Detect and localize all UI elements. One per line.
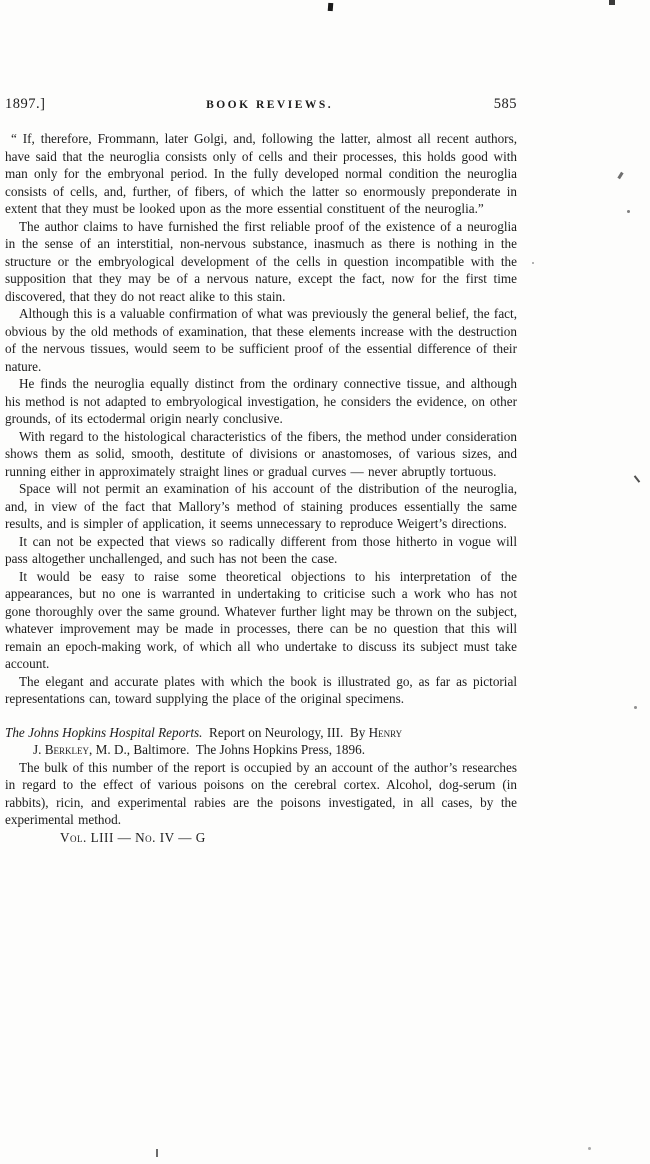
paragraph: With regard to the histological characte… xyxy=(5,428,517,481)
paragraph: It would be easy to raise some theoretic… xyxy=(5,568,517,673)
paragraph: Space will not permit an examination of … xyxy=(5,480,517,533)
scan-speck xyxy=(328,3,334,11)
paragraph: The bulk of this number of the report is… xyxy=(5,759,517,829)
citation-publisher: , M. D., Baltimore. The Johns Hopkins Pr… xyxy=(89,742,365,757)
book-citation: The Johns Hopkins Hospital Reports. Repo… xyxy=(5,724,517,759)
paragraph: It can not be expected that views so rad… xyxy=(5,533,517,568)
citation-line-2: J. Berkley, M. D., Baltimore. The Johns … xyxy=(5,741,517,759)
scan-speck xyxy=(532,262,534,264)
paragraph: He finds the neuroglia equally distinct … xyxy=(5,375,517,428)
scan-speck xyxy=(156,1149,158,1157)
scan-speck xyxy=(588,1147,591,1150)
scan-speck xyxy=(617,172,623,180)
page-number: 585 xyxy=(494,96,517,113)
running-title: BOOK REVIEWS. xyxy=(206,99,333,111)
paragraph: “ If, therefore, Frommann, later Golgi, … xyxy=(5,130,517,218)
scanned-book-page: 1897.] BOOK REVIEWS. 585 “ If, therefore… xyxy=(0,0,650,1164)
citation-author-first: Henry xyxy=(369,725,403,740)
scan-speck xyxy=(627,210,630,213)
paragraph: Although this is a valuable confirmation… xyxy=(5,305,517,375)
scan-speck xyxy=(634,475,641,483)
paragraph: The author claims to have furnished the … xyxy=(5,218,517,306)
volume-footer: Vol. LIII — No. IV — G xyxy=(5,829,517,847)
citation-line-1: The Johns Hopkins Hospital Reports. Repo… xyxy=(5,724,517,742)
scan-speck xyxy=(634,706,637,709)
header-year: 1897.] xyxy=(5,96,45,113)
paragraph: The elegant and accurate plates with whi… xyxy=(5,673,517,708)
citation-title: The Johns Hopkins Hospital Reports. xyxy=(5,725,202,740)
review1-body: “ If, therefore, Frommann, later Golgi, … xyxy=(5,130,517,708)
text-column: 1897.] BOOK REVIEWS. 585 “ If, therefore… xyxy=(5,96,517,846)
review2-body: The bulk of this number of the report is… xyxy=(5,759,517,829)
page-header: 1897.] BOOK REVIEWS. 585 xyxy=(5,96,517,113)
citation-author-initial: J. xyxy=(33,742,45,757)
citation-author-last: Berkley xyxy=(45,742,89,757)
citation-detail: Report on Neurology, III. By xyxy=(202,725,368,740)
scan-speck xyxy=(609,0,615,5)
